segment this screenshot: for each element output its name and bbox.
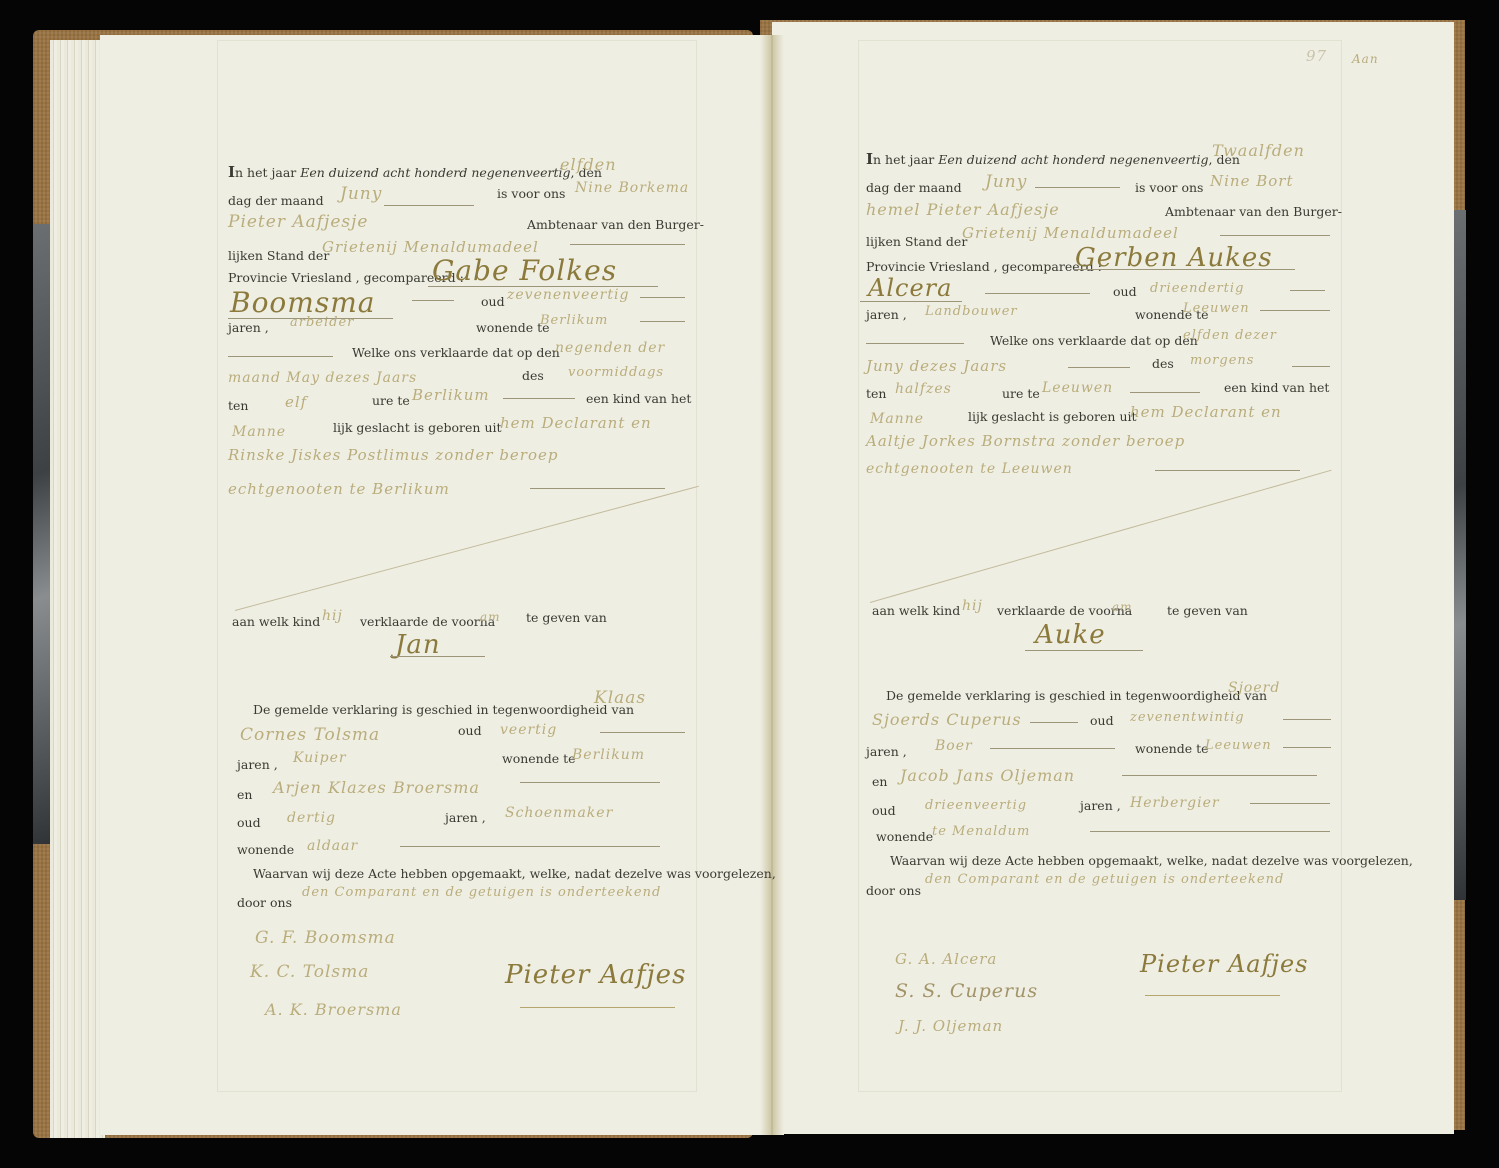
right-hour: halfzes <box>895 381 952 397</box>
left-provincie: Provincie Vriesland , gecompareerd : <box>228 270 464 285</box>
left-closing: Waarvan wij deze Acte hebben opgemaakt, … <box>253 866 776 881</box>
right-spouses: echtgenooten te Leeuwen <box>866 461 1073 477</box>
left-rule <box>530 488 665 489</box>
left-name-line: aan welk kind <box>232 614 320 629</box>
right-rule <box>1025 650 1143 651</box>
right-des: des <box>1152 356 1174 371</box>
right-ten: ten <box>866 386 886 401</box>
right-w2-en: en <box>872 774 887 789</box>
left-verklaarde: Welke ons verklaarde dat op den <box>352 345 560 360</box>
left-rule <box>520 1007 675 1008</box>
left-rule <box>503 398 575 399</box>
left-rule <box>400 846 660 847</box>
right-w1-jaren: jaren , <box>866 744 907 759</box>
right-rule <box>1122 775 1317 776</box>
right-verklaarde: Welke ons verklaarde dat op den <box>990 333 1198 348</box>
left-rule <box>520 782 660 783</box>
right-witness1-b: Sjoerds Cuperus <box>872 710 1022 729</box>
right-een-kind: een kind van het <box>1224 380 1329 395</box>
right-w1-oud: oud <box>1090 713 1114 728</box>
right-rule <box>1260 310 1330 311</box>
right-signature-1: G. A. Alcera <box>895 950 997 968</box>
left-occupation: arbeider <box>290 315 354 330</box>
right-birth-date-2: Juny dezes Jaars <box>866 357 1007 375</box>
left-rule <box>640 321 685 322</box>
right-page-frame <box>858 40 1342 1092</box>
right-w2-jaren: jaren , <box>1080 798 1121 813</box>
left-oud: oud <box>481 294 505 309</box>
left-door-ons: door ons <box>237 895 292 910</box>
left-sex: Manne <box>232 424 286 440</box>
right-rule <box>1220 235 1330 236</box>
right-rule <box>985 293 1090 294</box>
left-w2-en: en <box>237 787 252 802</box>
marbled-edge-right <box>1454 210 1466 900</box>
left-age: zevenenveertig <box>507 287 629 303</box>
left-stand: lijken Stand der <box>228 248 329 263</box>
right-ambtenaar: Ambtenaar van den Burger- <box>1165 204 1342 219</box>
right-occupation: Landbouwer <box>925 304 1018 319</box>
right-provincie: Provincie Vriesland , gecompareerd : <box>866 259 1102 274</box>
right-birth-date: elfden dezer <box>1183 328 1277 343</box>
left-w1-place: Berlikum <box>572 747 645 763</box>
right-w2-occ: Herbergier <box>1130 795 1220 811</box>
right-w1-place: Leeuwen <box>1205 738 1272 753</box>
right-rule <box>1292 366 1330 367</box>
left-rule <box>384 205 474 206</box>
left-mother: Rinske Jiskes Postlimus zonder beroep <box>228 446 558 464</box>
right-month: Juny <box>985 172 1027 192</box>
right-parent: hem Declarant en <box>1130 403 1282 421</box>
right-time-of-day: morgens <box>1190 353 1254 368</box>
right-urete: ure te <box>1002 386 1040 401</box>
right-rule <box>1068 367 1130 368</box>
left-hij: hij <box>322 608 343 624</box>
right-line-1: In het jaar Een duizend acht honderd neg… <box>866 150 1240 168</box>
book-gutter <box>760 35 784 1135</box>
left-urete: ure te <box>372 393 410 408</box>
left-rule <box>640 297 685 298</box>
left-time-of-day: voormiddags <box>568 365 664 380</box>
left-residence: Berlikum <box>540 313 608 328</box>
right-residence: Leeuwen <box>1183 301 1250 316</box>
left-spouses: echtgenooten te Berlikum <box>228 480 450 498</box>
right-witness1: Sjoerd <box>1228 680 1280 696</box>
right-w1-occ: Boer <box>935 738 973 754</box>
right-rule <box>1030 722 1078 723</box>
right-w1-age: zevenentwintig <box>1130 710 1245 725</box>
right-rule <box>1075 269 1295 270</box>
right-mother: Aaltje Jorkes Bornstra zonder beroep <box>866 432 1185 450</box>
right-day: Twaalfden <box>1212 141 1305 160</box>
right-voor: is voor ons <box>1135 180 1203 195</box>
left-birth-date-2: maand May dezes Jaars <box>228 370 417 386</box>
left-closing-hw: den Comparant en de getuigen is ondertee… <box>302 885 661 900</box>
right-age: drieendertig <box>1150 281 1244 296</box>
right-rule <box>1090 831 1330 832</box>
left-w2-name: Arjen Klazes Broersma <box>273 778 480 797</box>
left-rule <box>390 656 485 657</box>
right-name-line: aan welk kind <box>872 603 960 618</box>
left-w2-occ: Schoenmaker <box>505 805 613 821</box>
right-child-name: Auke <box>1035 620 1106 650</box>
right-rule <box>1290 290 1325 291</box>
left-birth-place: Berlikum <box>412 386 490 404</box>
right-rule <box>1145 995 1280 996</box>
right-am: am <box>1112 600 1133 614</box>
right-rule <box>1155 470 1300 471</box>
left-w2-wonende: wonende <box>237 842 294 857</box>
left-hour: elf <box>285 393 307 411</box>
right-official: Nine Bort <box>1210 172 1293 190</box>
right-rule <box>860 301 962 302</box>
left-des: des <box>522 368 544 383</box>
left-am: am <box>480 610 501 624</box>
right-line-2-label: dag der maand <box>866 180 962 195</box>
right-oud: oud <box>1113 284 1137 299</box>
right-hij: hij <box>962 598 983 614</box>
right-rule <box>1283 747 1331 748</box>
right-w2-name: Jacob Jans Oljeman <box>900 766 1075 785</box>
right-signature-2: S. S. Cuperus <box>895 980 1038 1002</box>
page-number: 97 <box>1306 47 1327 65</box>
right-signature-3: J. J. Oljeman <box>898 1017 1003 1035</box>
right-comparant-surname: Alcera <box>868 274 952 302</box>
left-rule <box>228 356 333 357</box>
left-day: elfden <box>560 155 617 174</box>
left-month: Juny <box>340 184 382 204</box>
left-signature-official: Pieter Aafjes <box>505 960 686 990</box>
right-w2-place: te Menaldum <box>932 824 1030 839</box>
right-stand: lijken Stand der <box>866 234 967 249</box>
left-witness1-b: Cornes Tolsma <box>240 725 380 745</box>
left-parent: hem Declarant en <box>500 414 652 432</box>
right-te-geven: te geven van <box>1167 603 1248 618</box>
right-w2-oud: oud <box>872 803 896 818</box>
left-w1-oud: oud <box>458 723 482 738</box>
right-jaren: jaren , <box>866 307 907 322</box>
left-w1-age: veertig <box>500 722 557 738</box>
right-gemeente: Grietenij Menaldumadeel <box>962 224 1179 242</box>
left-jaren: jaren , <box>228 320 269 335</box>
left-te-geven: te geven van <box>526 610 607 625</box>
left-w1-wonende: wonende te <box>502 751 576 766</box>
left-ten: ten <box>228 398 248 413</box>
right-rule <box>1035 187 1120 188</box>
right-official-2: hemel Pieter Aafjesje <box>866 200 1060 219</box>
left-een-kind: een kind van het <box>586 391 691 406</box>
left-voor: is voor ons <box>497 186 565 201</box>
left-signature-3: A. K. Broersma <box>265 1000 402 1019</box>
page-note: Aan <box>1352 52 1379 66</box>
left-w1-jaren: jaren , <box>237 757 278 772</box>
left-ambtenaar: Ambtenaar van den Burger- <box>527 217 704 232</box>
right-rule <box>866 343 964 344</box>
left-w2-jaren: jaren , <box>445 810 486 825</box>
right-w2-wonende: wonende <box>876 829 933 844</box>
left-geslacht: lijk geslacht is geboren uit <box>333 420 502 435</box>
right-witness-intro: De gemelde verklaring is geschied in teg… <box>886 688 1267 703</box>
right-signature-official: Pieter Aafjes <box>1140 950 1308 978</box>
right-door-ons: door ons <box>866 883 921 898</box>
left-rule <box>412 300 454 301</box>
left-witness1: Klaas <box>594 688 646 708</box>
right-rule <box>1250 803 1330 804</box>
left-w2-age: dertig <box>287 810 336 826</box>
left-signature-1: G. F. Boomsma <box>255 928 396 948</box>
left-wonende: wonende te <box>476 320 550 335</box>
left-line-1: In het jaar Een duizend acht honderd neg… <box>228 163 602 181</box>
right-sex: Manne <box>870 411 924 427</box>
left-rule <box>570 244 685 245</box>
left-signature-2: K. C. Tolsma <box>250 962 369 982</box>
left-comparant-name: Gabe Folkes <box>432 254 617 287</box>
right-rule <box>990 748 1115 749</box>
right-closing-hw: den Comparant en de getuigen is ondertee… <box>925 872 1284 887</box>
left-w2-oud: oud <box>237 815 261 830</box>
right-rule <box>1283 719 1331 720</box>
left-birth-date: negenden der <box>555 340 665 356</box>
left-official: Nine Borkema <box>575 180 689 196</box>
right-geslacht: lijk geslacht is geboren uit <box>968 409 1137 424</box>
left-rule <box>600 732 685 733</box>
left-witness-intro: De gemelde verklaring is geschied in teg… <box>253 702 634 717</box>
left-w1-occ: Kuiper <box>293 750 347 766</box>
left-w2-place: aldaar <box>307 838 358 854</box>
right-rule <box>1130 392 1200 393</box>
right-closing: Waarvan wij deze Acte hebben opgemaakt, … <box>890 853 1413 868</box>
left-line-2-label: dag der maand <box>228 193 324 208</box>
left-official-2: Pieter Aafjesje <box>228 212 368 232</box>
right-w2-age: drieenveertig <box>925 798 1027 813</box>
page-stack-edge <box>50 40 105 1138</box>
right-birth-place: Leeuwen <box>1042 380 1113 396</box>
right-w1-wonende: wonende te <box>1135 741 1209 756</box>
left-voorna: verklaarde de voorna <box>360 614 495 629</box>
